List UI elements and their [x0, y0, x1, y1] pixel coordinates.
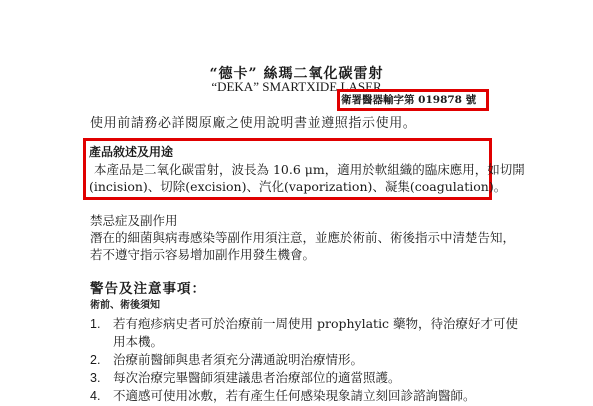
document-title-english: “DEKA” SMARTXIDE LASER [0, 79, 593, 95]
usage-line-2: (incision)、切除(excision)、汽化(vaporization)… [89, 177, 506, 195]
contraindications-line-2: 若不遵守指示容易增加副作用發生機會。 [90, 245, 315, 263]
item-number: 1. [90, 317, 113, 331]
contraindications-line-1: 潛在的細菌與病毒感染等副作用須注意，並應於術前、術後指示中清楚告知， [90, 228, 515, 246]
permit-number: 衛署醫器輸字第 019878 號 [341, 92, 476, 107]
warnings-heading: 警告及注意事項： [90, 277, 206, 297]
warning-item-2: 2.治療前醫師與患者須充分溝通說明治療情形。 [90, 350, 363, 368]
item-number: 2. [90, 353, 113, 367]
warning-item-1: 1.若有疱疹病史者可於治療前一周使用 prophylatic 藥物，待治療好才可… [90, 314, 518, 332]
usage-line-1: 本產品是二氧化碳雷射，波長為 10.6 μm，適用於軟組織的臨床應用，如切開 [94, 160, 525, 178]
warning-item-3: 3.每次治療完畢醫師須建議患者治療部位的適當照護。 [90, 368, 401, 386]
item-text: 若有疱疹病史者可於治療前一周使用 prophylatic 藥物，待治療好才可使 [113, 316, 518, 331]
warnings-subheading: 術前、術後須知 [90, 296, 160, 311]
item-text: 治療前醫師與患者須充分溝通說明治療情形。 [113, 352, 363, 367]
contraindications-heading: 禁忌症及副作用 [90, 211, 178, 229]
item-text: 每次治療完畢醫師須建議患者治療部位的適當照護。 [113, 370, 401, 385]
item-text: 不適感可使用冰敷，若有產生任何感染現象請立刻回診諮詢醫師。 [113, 388, 476, 403]
item-number: 3. [90, 371, 113, 385]
item-number: 4. [90, 389, 113, 403]
usage-heading: 產品敘述及用途 [89, 143, 173, 160]
warning-item-4: 4.不適感可使用冰敷，若有產生任何感染現象請立刻回診諮詢醫師。 [90, 386, 476, 404]
preface-text: 使用前請務必詳閱原廠之使用說明書並遵照指示使用。 [90, 112, 416, 131]
warning-item-1-continuation: 用本機。 [113, 332, 163, 350]
